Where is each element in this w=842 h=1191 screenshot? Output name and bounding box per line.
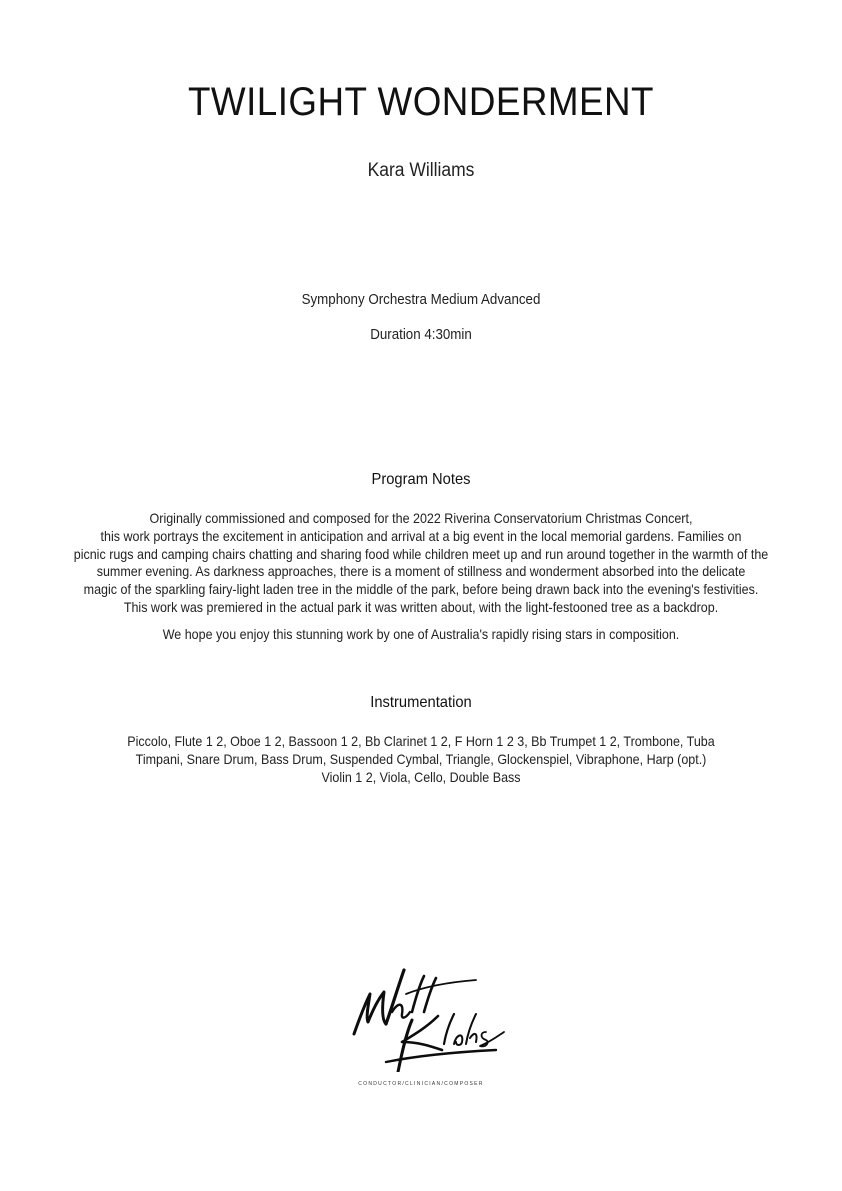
ensemble-level: Symphony Orchestra Medium Advanced: [34, 292, 809, 308]
instrumentation-line-strings: Violin 1 2, Viola, Cello, Double Bass: [34, 769, 809, 787]
composer-name: Kara Williams: [34, 160, 809, 182]
piece-title: TWILIGHT WONDERMENT: [34, 80, 809, 125]
program-notes-line: summer evening. As darkness approaches, …: [34, 563, 809, 581]
duration: Duration 4:30min: [34, 327, 809, 343]
instrumentation-heading: Instrumentation: [34, 694, 809, 712]
instrumentation-line-winds-brass: Piccolo, Flute 1 2, Oboe 1 2, Bassoon 1 …: [34, 733, 809, 751]
program-notes-line: picnic rugs and camping chairs chatting …: [34, 546, 809, 564]
instrumentation-line-percussion: Timpani, Snare Drum, Bass Drum, Suspende…: [34, 751, 809, 769]
program-notes-line: This work was premiered in the actual pa…: [34, 599, 809, 617]
instrumentation-list: Piccolo, Flute 1 2, Oboe 1 2, Bassoon 1 …: [34, 733, 809, 786]
program-notes-closing: We hope you enjoy this stunning work by …: [34, 626, 809, 644]
program-notes-line: magic of the sparkling fairy-light laden…: [34, 581, 809, 599]
signature-logo-icon: [346, 962, 506, 1072]
program-notes-line: this work portrays the excitement in ant…: [34, 528, 809, 546]
logo-tagline: CONDUCTOR/CLINICIAN/COMPOSER: [0, 1081, 842, 1087]
program-notes-line: Originally commissioned and composed for…: [34, 510, 809, 528]
program-notes-heading: Program Notes: [34, 471, 809, 489]
program-notes-body: Originally commissioned and composed for…: [34, 510, 809, 617]
